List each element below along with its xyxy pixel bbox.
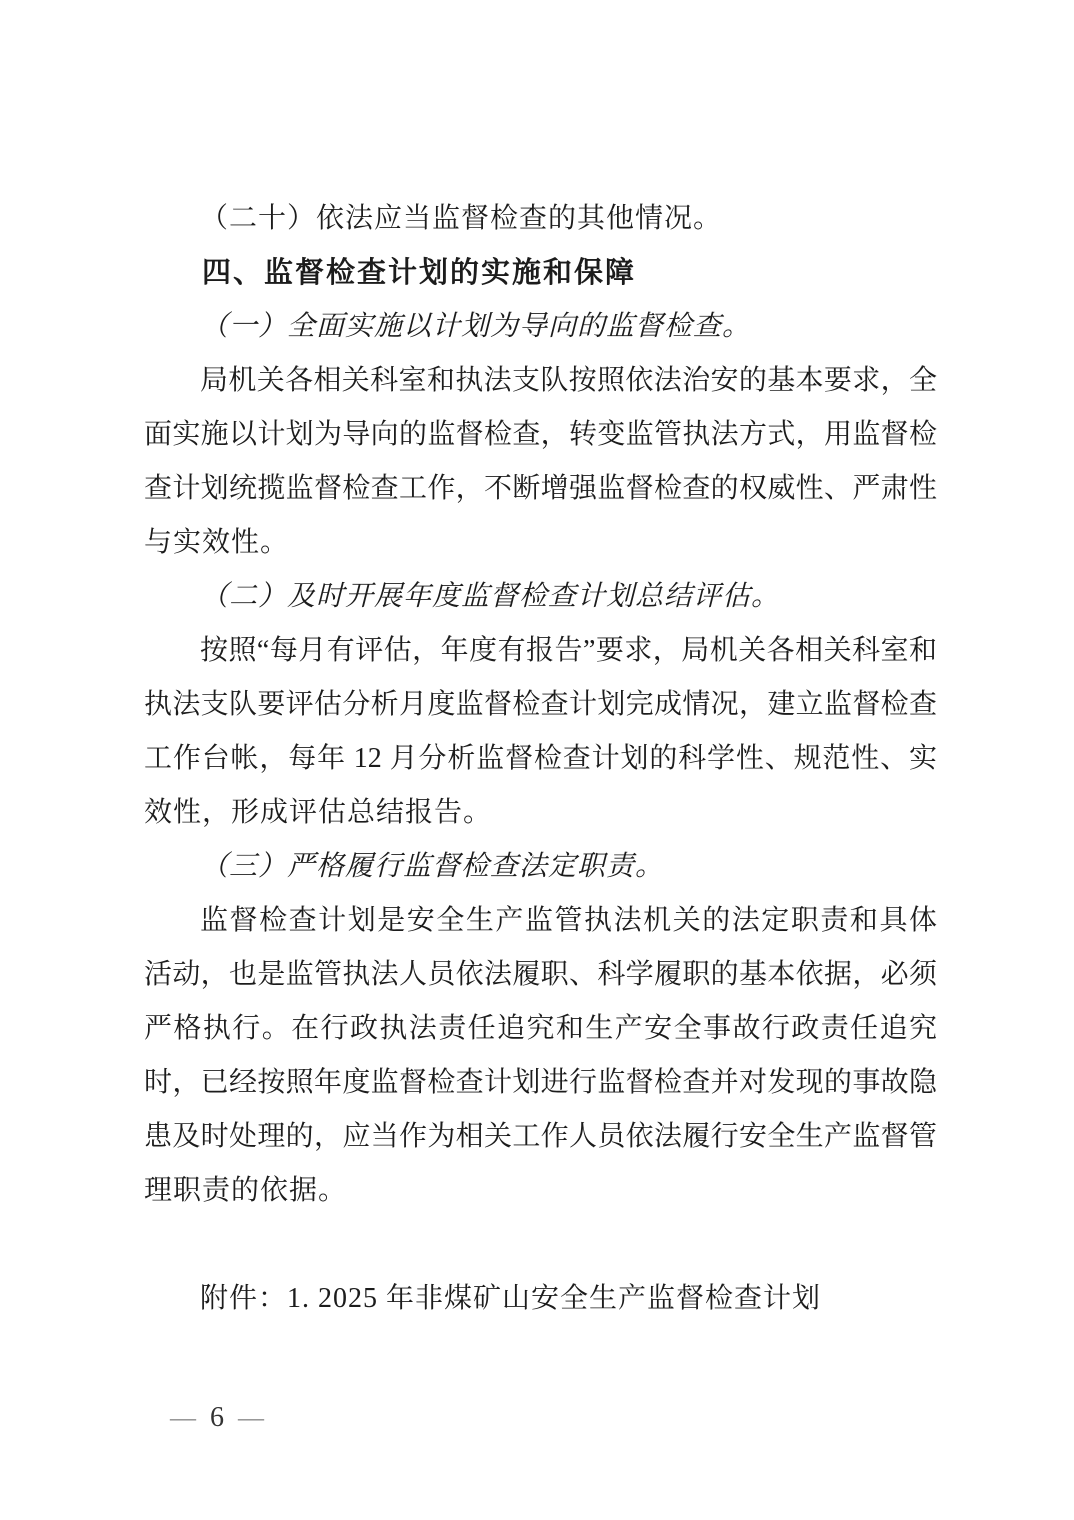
page-footer: — 6 — — [170, 1398, 264, 1438]
blank-line — [144, 1218, 937, 1272]
text-line: 与实效性。 — [144, 516, 937, 570]
text-line: （二）及时开展年度监督检查计划总结评估。 — [144, 570, 937, 624]
document-body: （二十）依法应当监督检查的其他情况。四、监督检查计划的实施和保障（一）全面实施以… — [144, 192, 937, 1326]
text-line: 活动，也是监管执法人员依法履职、科学履职的基本依据，必须 — [144, 948, 937, 1002]
footer-dash-right: — — [238, 1398, 264, 1438]
section-heading-line: 四、监督检查计划的实施和保障 — [144, 246, 937, 300]
text-line: 监督检查计划是安全生产监管执法机关的法定职责和具体 — [144, 894, 937, 948]
page-number: 6 — [210, 1398, 224, 1438]
text-line: 严格执行。在行政执法责任追究和生产安全事故行政责任追究 — [144, 1002, 937, 1056]
text-line: 按照“每月有评估，年度有报告”要求，局机关各相关科室和 — [144, 624, 937, 678]
text-line: 附件：1. 2025 年非煤矿山安全生产监督检查计划 — [144, 1272, 937, 1326]
text-line: 局机关各相关科室和执法支队按照依法治安的基本要求，全 — [144, 354, 937, 408]
text-line: 工作台帐，每年 12 月分析监督检查计划的科学性、规范性、实 — [144, 732, 937, 786]
document-page: （二十）依法应当监督检查的其他情况。四、监督检查计划的实施和保障（一）全面实施以… — [0, 0, 1074, 1520]
text-line: 执法支队要评估分析月度监督检查计划完成情况，建立监督检查 — [144, 678, 937, 732]
text-line: 面实施以计划为导向的监督检查，转变监管执法方式，用监督检 — [144, 408, 937, 462]
text-line: 查计划统揽监督检查工作，不断增强监督检查的权威性、严肃性 — [144, 462, 937, 516]
text-line: 效性，形成评估总结报告。 — [144, 786, 937, 840]
text-line: （二十）依法应当监督检查的其他情况。 — [144, 192, 937, 246]
text-line: （一）全面实施以计划为导向的监督检查。 — [144, 300, 937, 354]
text-line: 理职责的依据。 — [144, 1164, 937, 1218]
text-line: （三）严格履行监督检查法定职责。 — [144, 840, 937, 894]
text-line: 患及时处理的，应当作为相关工作人员依法履行安全生产监督管 — [144, 1110, 937, 1164]
text-line: 时，已经按照年度监督检查计划进行监督检查并对发现的事故隐 — [144, 1056, 937, 1110]
footer-dash-left: — — [170, 1398, 196, 1438]
